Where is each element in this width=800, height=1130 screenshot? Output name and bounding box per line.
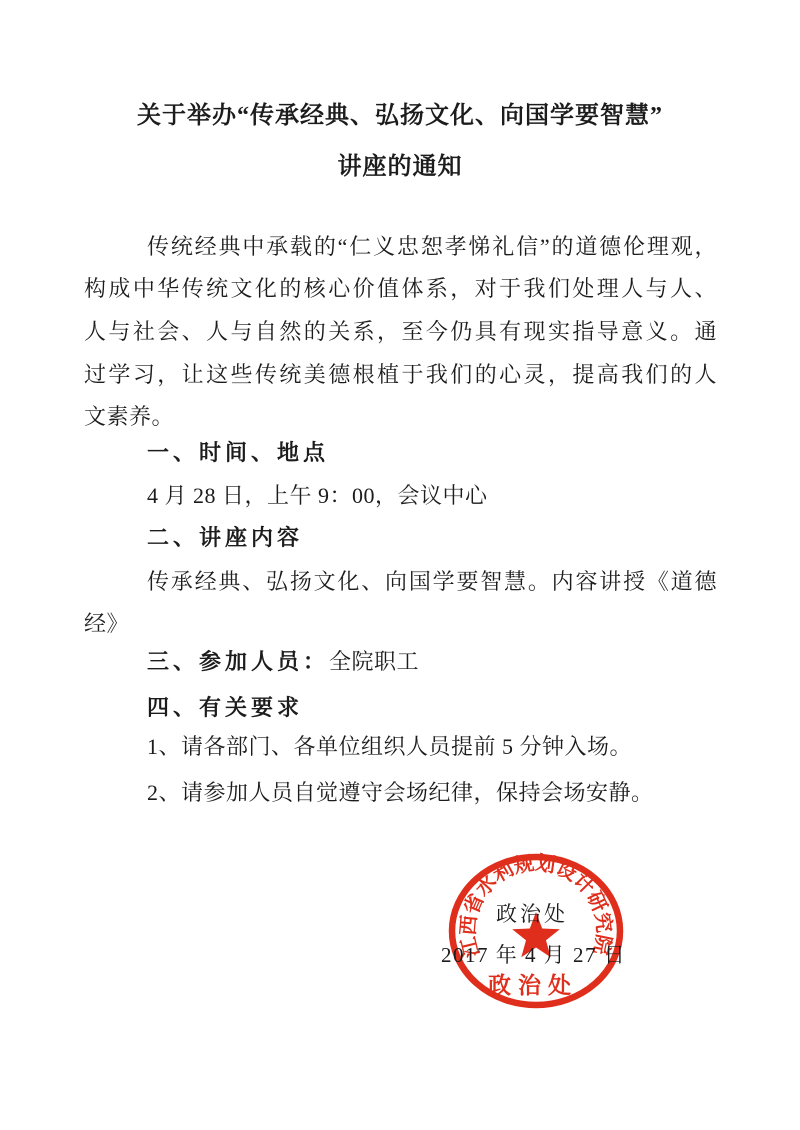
section1-body: 4 月 28 日，上午 9：00，会议中心 <box>84 481 717 511</box>
document-page: 关于举办“传承经典、弘扬文化、向国学要智慧” 讲座的通知 传统经典中承载的“仁义… <box>0 0 800 1130</box>
section2-body-line2: 经》 <box>84 609 717 639</box>
section2-body-line1: 传承经典、弘扬文化、向国学要智慧。内容讲授《道德 <box>84 567 717 597</box>
paragraph-line: 传统经典中承载的“仁义忠恕孝悌礼信”的道德伦理观， <box>84 232 717 262</box>
section3-heading: 三、参加人员： <box>147 649 329 674</box>
signature-department: 政治处 <box>496 901 568 927</box>
section4-item1: 1、请各部门、各单位组织人员提前 5 分钟入场。 <box>84 732 717 762</box>
seal-bottom-label: 政治处 <box>488 972 578 998</box>
paragraph-line: 人与社会、人与自然的关系，至今仍具有现实指导意义。通 <box>84 317 717 347</box>
paragraph-line: 文素养。 <box>84 402 717 432</box>
paragraph-line: 过学习，让这些传统美德根植于我们的心灵，提高我们的人 <box>84 360 717 390</box>
signature-date: 2017 年 4 月 27 日 <box>441 942 626 968</box>
section3-body: 全院职工 <box>329 649 419 674</box>
document-title-line2: 讲座的通知 <box>0 151 800 183</box>
section3-line: 三、参加人员：全院职工 <box>84 647 717 677</box>
paragraph-line: 构成中华传统文化的核心价值体系，对于我们处理人与人、 <box>84 274 717 304</box>
section4-item2: 2、请参加人员自觉遵守会场纪律，保持会场安静。 <box>84 778 717 808</box>
section1-heading: 一、时间、地点 <box>84 438 717 468</box>
section4-heading: 四、有关要求 <box>84 693 717 723</box>
document-title-line1: 关于举办“传承经典、弘扬文化、向国学要智慧” <box>0 100 800 132</box>
section2-heading: 二、讲座内容 <box>84 523 717 553</box>
official-seal: 江西省水利规划设计研究院 政治处 <box>446 852 626 1014</box>
